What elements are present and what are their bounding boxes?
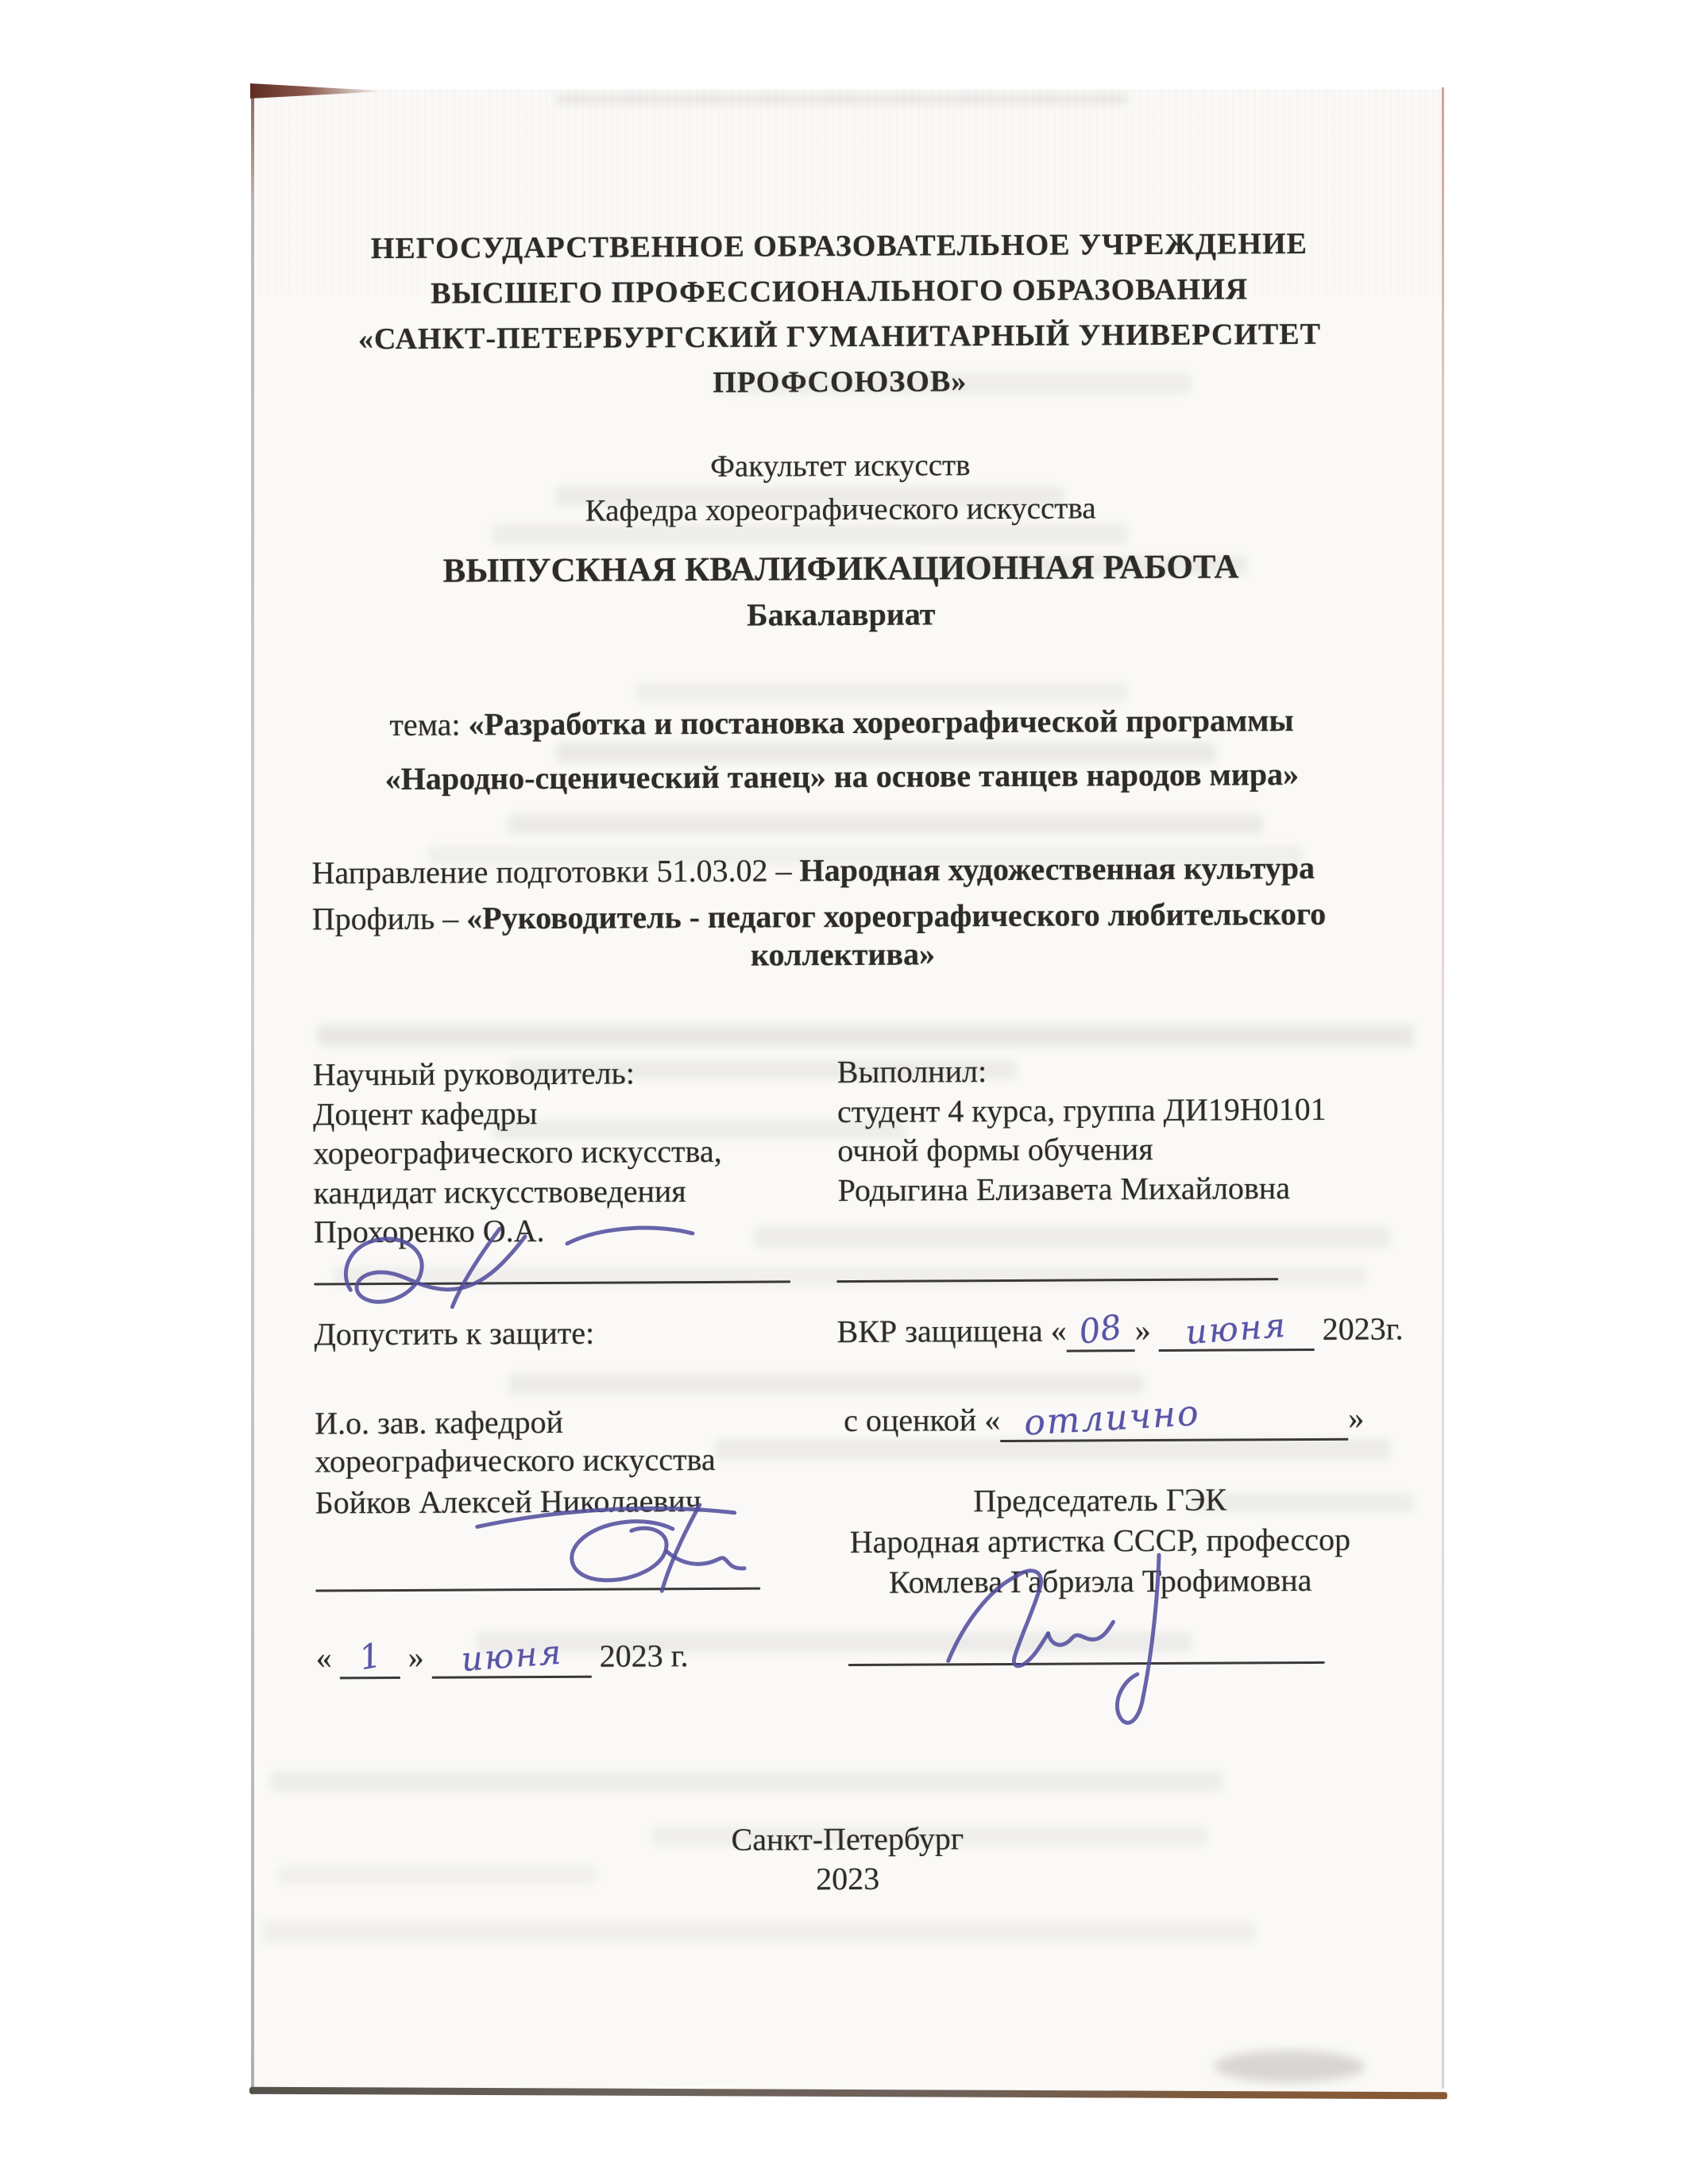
department-line: Кафедра хореографического искусства	[276, 484, 1404, 534]
advisor-label: Научный руководитель:	[313, 1053, 722, 1094]
university-header: НЕГОСУДАРСТВЕННОЕ ОБРАЗОВАТЕЛЬНОЕ УЧРЕЖД…	[275, 221, 1404, 407]
defense-month-handwritten: июня	[1184, 1309, 1288, 1349]
direction-line: Направление подготовки 51.03.02 – Народн…	[311, 849, 1315, 892]
committee-chair-title: Председатель ГЭК	[822, 1479, 1378, 1522]
org-line: НЕГОСУДАРСТВЕННОЕ ОБРАЗОВАТЕЛЬНОЕ УЧРЕЖД…	[275, 221, 1403, 272]
approval-date-line: « 1 » июня 2023 г.	[316, 1637, 689, 1679]
head-signature	[473, 1501, 791, 1594]
paper-sheet: НЕГОСУДАРСТВЕННОЕ ОБРАЗОВАТЕЛЬНОЕ УЧРЕЖД…	[253, 89, 1443, 2092]
profile-value-2: коллектива»	[279, 932, 1407, 975]
degree-level: Бакалавриат	[277, 592, 1405, 635]
defense-date-line: ВКР защищена «08» июня 2023г.	[836, 1310, 1403, 1353]
footer-city: Санкт-Петербург	[284, 1817, 1412, 1860]
head-title-1: И.о. зав. кафедрой	[315, 1403, 563, 1442]
approval-month-handwritten: июня	[460, 1636, 563, 1677]
approval-close-quote: »	[408, 1639, 424, 1675]
org-line: «САНКТ-ПЕТЕРБУРГСКИЙ ГУМАНИТАРНЫЙ УНИВЕР…	[276, 311, 1404, 362]
direction-label: Направление подготовки 51.03.02 –	[311, 852, 799, 890]
chair-signature	[919, 1548, 1238, 1732]
admit-label: Допустить к защите:	[314, 1314, 594, 1353]
advisor-signature-flourish	[562, 1221, 697, 1250]
author-line: студент 4 курса, группа ДИ19Н0101	[837, 1089, 1327, 1131]
faculty-department: Факультет искусств Кафедра хореографичес…	[276, 441, 1405, 534]
author-line: очной формы обучения	[837, 1129, 1327, 1171]
page-right-edge	[1442, 87, 1444, 2089]
advisor-signature	[328, 1222, 583, 1319]
approval-day-handwritten: 1	[357, 1638, 384, 1675]
grade-prefix: с оценкой «	[844, 1402, 1000, 1438]
scan-smudge	[1214, 2051, 1365, 2082]
footer-year: 2023	[284, 1857, 1412, 1900]
grade-blank: отлично	[1000, 1400, 1348, 1442]
defense-prefix: ВКР защищена «	[836, 1313, 1066, 1350]
grade-line: с оценкой «отлично»	[844, 1399, 1364, 1443]
grade-close: »	[1348, 1400, 1364, 1436]
author-signature-line	[836, 1278, 1278, 1283]
org-line: ПРОФСОЮЗОВ»	[276, 357, 1404, 407]
profile-value-1: «Руководитель - педагог хореографическог…	[466, 896, 1326, 936]
defense-month-blank: июня	[1159, 1312, 1315, 1352]
topic-line-1: тема: «Разработка и постановка хореограф…	[277, 700, 1405, 743]
defense-quote-close: »	[1135, 1312, 1151, 1348]
advisor-line: хореографического искусства,	[313, 1132, 722, 1173]
scanned-page-photo: НЕГОСУДАРСТВЕННОЕ ОБРАЗОВАТЕЛЬНОЕ УЧРЕЖД…	[0, 0, 1688, 2184]
defense-day-handwritten: 08	[1077, 1310, 1124, 1349]
topic-label: тема:	[389, 707, 468, 743]
approval-month-blank: июня	[432, 1639, 592, 1679]
author-label: Выполнил:	[837, 1050, 1327, 1092]
topic-line-2: «Народно-сценический танец» на основе та…	[278, 754, 1406, 797]
advisor-line: Доцент кафедры	[313, 1092, 722, 1133]
advisor-line: кандидат искусствоведения	[313, 1171, 722, 1212]
author-block: Выполнил: студент 4 курса, группа ДИ19Н0…	[837, 1050, 1327, 1210]
page-content: НЕГОСУДАРСТВЕННОЕ ОБРАЗОВАТЕЛЬНОЕ УЧРЕЖД…	[250, 86, 1450, 2095]
topic-text-1: «Разработка и постановка хореографическо…	[468, 702, 1293, 742]
profile-line: Профиль – «Руководитель - педагог хореог…	[312, 895, 1327, 938]
approval-year: 2023 г.	[600, 1638, 689, 1674]
head-title-2: хореографического искусства	[315, 1441, 716, 1480]
work-type-title: ВЫПУСКНАЯ КВАЛИФИКАЦИОННАЯ РАБОТА	[276, 546, 1404, 591]
faculty-line: Факультет искусств	[276, 441, 1404, 490]
org-line: ВЫСШЕГО ПРОФЕССИОНАЛЬНОГО ОБРАЗОВАНИЯ	[276, 266, 1404, 317]
grade-handwritten: отлично	[1023, 1396, 1201, 1441]
direction-value: Народная художественная культура	[799, 850, 1315, 888]
profile-label: Профиль –	[312, 901, 467, 937]
defense-year: 2023г.	[1323, 1310, 1404, 1347]
author-name: Родыгина Елизавета Михайловна	[837, 1167, 1327, 1210]
defense-day-blank: 08	[1067, 1313, 1135, 1352]
approval-open-quote: «	[316, 1639, 332, 1675]
page-left-edge	[251, 89, 254, 2094]
approval-day-blank: 1	[340, 1640, 400, 1679]
